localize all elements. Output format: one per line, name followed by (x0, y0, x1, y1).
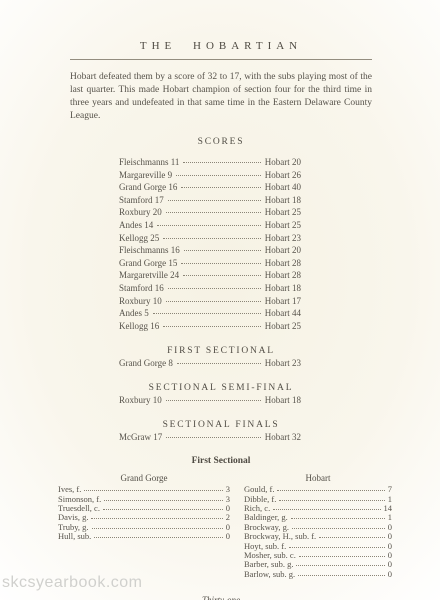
opponent-score: Stamford 16 (119, 282, 164, 295)
hobart-score: Hobart 28 (265, 269, 301, 282)
hobart-score: Hobart 40 (265, 181, 301, 194)
dotted-leader (291, 518, 385, 519)
page-content: THE HOBARTIAN Hobart defeated them by a … (70, 40, 372, 600)
score-row: Roxbury 10 Hobart 18 (119, 394, 301, 406)
team-column-hobart: Hobart Gould, f. 7 Dibble, f. 1 (244, 473, 392, 579)
opponent-score: Grand Gorge 15 (119, 257, 177, 270)
hobart-score: Hobart 44 (265, 307, 301, 320)
dotted-leader (153, 313, 261, 314)
dotted-leader (92, 528, 223, 529)
first-sectional-section: FIRST SECTIONAL Grand Gorge 8 Hobart 23 (70, 346, 372, 369)
hobart-score: Hobart 25 (265, 320, 301, 333)
dotted-leader (277, 490, 384, 491)
score-row: Kellogg 25 Hobart 23 (119, 232, 301, 245)
score-row: Andes 14 Hobart 25 (119, 219, 301, 232)
opponent-score: Andes 14 (119, 219, 153, 232)
score-row: Stamford 16 Hobart 18 (119, 282, 301, 295)
dotted-leader (166, 437, 261, 438)
player-list: Ives, f. 3 Simonson, f. 3 Truesdell, c. (58, 485, 230, 541)
player-row: Barlow, sub. g. 0 (244, 570, 392, 579)
dotted-leader (176, 175, 261, 176)
dotted-leader (184, 250, 261, 251)
team-name: Hobart (244, 473, 392, 483)
hobart-score: Hobart 23 (265, 232, 301, 245)
score-row: Roxbury 10 Hobart 17 (119, 295, 301, 308)
dotted-leader (166, 301, 261, 302)
dotted-leader (183, 275, 261, 276)
dotted-leader (181, 187, 260, 188)
dotted-leader (298, 575, 385, 576)
dotted-leader (91, 518, 222, 519)
dotted-leader (319, 537, 385, 538)
hobart-score: Hobart 26 (265, 169, 301, 182)
opponent-score: McGraw 17 (119, 431, 162, 443)
intro-paragraph: Hobart defeated them by a score of 32 to… (70, 71, 372, 123)
score-row: Fleischmanns 11 Hobart 20 (119, 156, 301, 169)
player-row: Hull, sub. 0 (58, 532, 230, 541)
opponent-score: Fleischmanns 11 (119, 156, 179, 169)
opponent-score: Kellogg 25 (119, 232, 159, 245)
hobart-score: Hobart 28 (265, 257, 301, 270)
dotted-leader (289, 547, 384, 548)
sectional-finals-heading: SECTIONAL FINALS (70, 420, 372, 430)
dotted-leader (168, 288, 261, 289)
hobart-score: Hobart 20 (265, 244, 301, 257)
sectional-semifinal-section: SECTIONAL SEMI-FINAL Roxbury 10 Hobart 1… (70, 383, 372, 406)
player-points: 0 (388, 570, 392, 579)
hobart-score: Hobart 23 (265, 357, 301, 369)
score-row: Andes 5 Hobart 44 (119, 307, 301, 320)
dotted-leader (166, 212, 261, 213)
opponent-score: Fleischmanns 16 (119, 244, 180, 257)
hobart-score: Hobart 20 (265, 156, 301, 169)
dotted-leader (177, 363, 261, 364)
dotted-leader (168, 200, 261, 201)
score-row: Kellogg 16 Hobart 25 (119, 320, 301, 333)
page-number: Thirty-one (70, 595, 372, 600)
dotted-leader (279, 500, 384, 501)
first-sectional-heading: FIRST SECTIONAL (70, 346, 372, 356)
opponent-score: Grand Gorge 8 (119, 357, 173, 369)
hobart-score: Hobart 18 (265, 194, 301, 207)
dotted-leader (183, 162, 260, 163)
dotted-leader (163, 238, 261, 239)
player-name: Barlow, sub. g. (244, 570, 295, 579)
scores-list: Fleischmanns 11 Hobart 20 Margareville 9… (119, 156, 301, 332)
score-row: Grand Gorge 16 Hobart 40 (119, 181, 301, 194)
team-name: Grand Gorge (58, 473, 230, 483)
sectional-finals-section: SECTIONAL FINALS McGraw 17 Hobart 32 (70, 420, 372, 443)
dotted-leader (299, 556, 385, 557)
dotted-leader (181, 263, 260, 264)
scores-heading: SCORES (70, 137, 372, 147)
box-score-heading: First Sectional (70, 456, 372, 466)
hobart-score: Hobart 32 (265, 431, 301, 443)
opponent-score: Kellogg 16 (119, 320, 159, 333)
dotted-leader (157, 225, 261, 226)
scanned-yearbook-page: THE HOBARTIAN Hobart defeated them by a … (0, 0, 440, 600)
score-row: Roxbury 20 Hobart 25 (119, 206, 301, 219)
dotted-leader (84, 490, 222, 491)
opponent-score: Roxbury 20 (119, 206, 162, 219)
opponent-score: Margaretville 24 (119, 269, 179, 282)
dotted-leader (104, 500, 223, 501)
score-row: Margaretville 24 Hobart 28 (119, 269, 301, 282)
dotted-leader (166, 400, 261, 401)
score-row: Grand Gorge 15 Hobart 28 (119, 257, 301, 270)
watermark: skcsyearbook.com (2, 574, 143, 592)
box-score-columns: Grand Gorge Ives, f. 3 Simonson, f. (58, 473, 392, 579)
player-name: Hull, sub. (58, 532, 91, 541)
opponent-score: Grand Gorge 16 (119, 181, 177, 194)
page-title: THE HOBARTIAN (70, 40, 372, 52)
dotted-leader (273, 509, 380, 510)
player-list: Gould, f. 7 Dibble, f. 1 Rich, c. (244, 485, 392, 579)
dotted-leader (296, 565, 384, 566)
dotted-leader (94, 537, 222, 538)
sectional-semifinal-heading: SECTIONAL SEMI-FINAL (70, 383, 372, 393)
hobart-score: Hobart 25 (265, 206, 301, 219)
dotted-leader (292, 528, 385, 529)
score-row: McGraw 17 Hobart 32 (119, 431, 301, 443)
hobart-score: Hobart 18 (265, 394, 301, 406)
team-column-grand-gorge: Grand Gorge Ives, f. 3 Simonson, f. (58, 473, 230, 579)
opponent-score: Margareville 9 (119, 169, 172, 182)
opponent-score: Stamford 17 (119, 194, 164, 207)
score-row: Fleischmanns 16 Hobart 20 (119, 244, 301, 257)
opponent-score: Roxbury 10 (119, 394, 162, 406)
score-row: Stamford 17 Hobart 18 (119, 194, 301, 207)
score-row: Grand Gorge 8 Hobart 23 (119, 357, 301, 369)
title-divider (70, 59, 372, 60)
score-row: Margareville 9 Hobart 26 (119, 169, 301, 182)
hobart-score: Hobart 17 (265, 295, 301, 308)
opponent-score: Roxbury 10 (119, 295, 162, 308)
player-points: 0 (226, 532, 230, 541)
dotted-leader (163, 326, 261, 327)
hobart-score: Hobart 18 (265, 282, 301, 295)
hobart-score: Hobart 25 (265, 219, 301, 232)
dotted-leader (103, 509, 223, 510)
opponent-score: Andes 5 (119, 307, 149, 320)
